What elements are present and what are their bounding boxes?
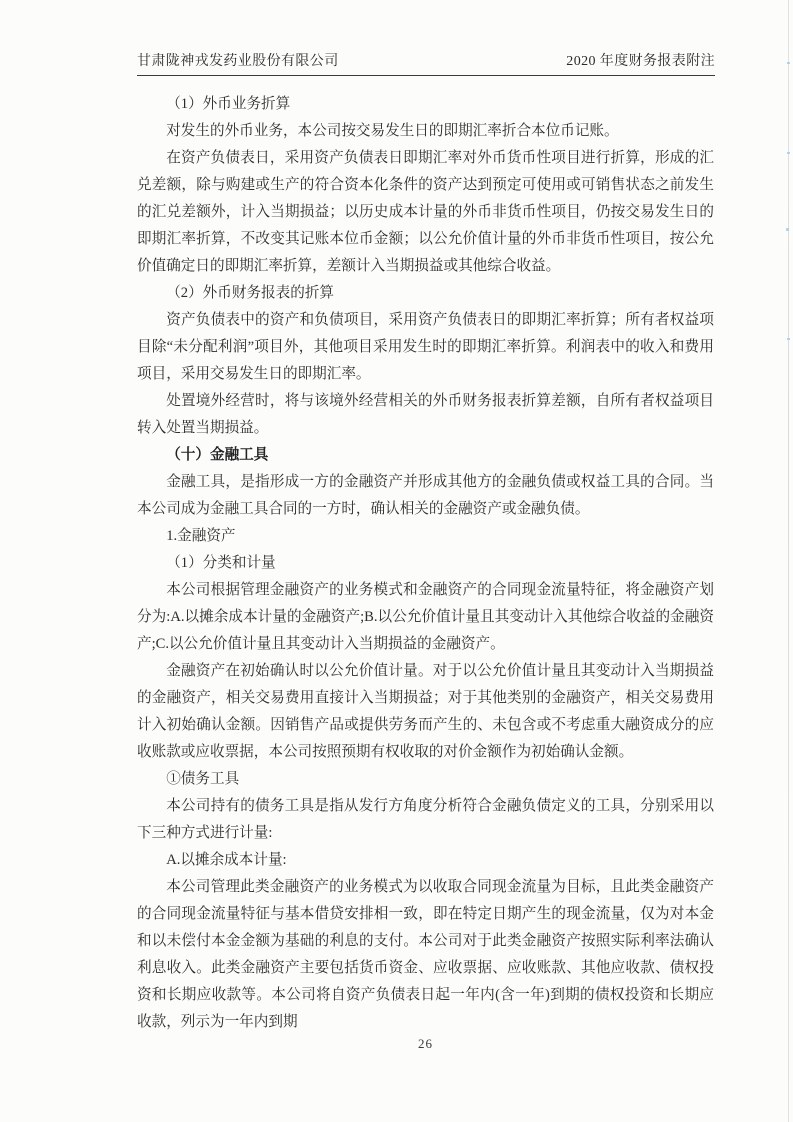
text-paragraph: 在资产负债表日，采用资产负债表日即期汇率对外币货币性项目进行折算，形成的汇兑差额… xyxy=(137,145,714,280)
scan-speck xyxy=(787,152,790,154)
text-paragraph: 金融资产在初始确认时以公允价值计量。对于以公允价值计量且其变动计入当期损益的金融… xyxy=(137,658,714,766)
text-paragraph: 本公司持有的债务工具是指从发行方角度分析符合金融负债定义的工具，分别采用以下三种… xyxy=(137,793,714,847)
sub-heading: （2）外币财务报表的折算 xyxy=(137,280,714,307)
text-paragraph: 对发生的外币业务，本公司按交易发生日的即期汇率折合本位币记账。 xyxy=(137,118,714,145)
text-paragraph: 处置境外经营时，将与该境外经营相关的外币财务报表折算差额，自所有者权益项目转入处… xyxy=(137,388,714,442)
scan-speck xyxy=(786,228,789,231)
scan-edge-artifact xyxy=(788,0,790,1122)
document-page: 甘肃陇神戎发药业股份有限公司 2020 年度财务报表附注 （1）外币业务折算对发… xyxy=(0,0,793,1122)
text-paragraph: 1.金融资产 xyxy=(137,523,714,550)
scan-speck xyxy=(787,62,790,64)
text-paragraph: 本公司根据管理金融资产的业务模式和金融资产的合同现金流量特征，将金融资产划分为:… xyxy=(137,577,714,658)
text-paragraph: ①债务工具 xyxy=(137,766,714,793)
text-paragraph: 本公司管理此类金融资产的业务模式为以收取合同现金流量为目标，且此类金融资产的合同… xyxy=(137,874,714,1036)
scan-speck xyxy=(787,338,790,340)
sub-heading: （1）分类和计量 xyxy=(137,550,714,577)
header-company-name: 甘肃陇神戎发药业股份有限公司 xyxy=(137,50,339,70)
header-doc-title: 2020 年度财务报表附注 xyxy=(566,50,715,70)
page-number: 26 xyxy=(418,1036,433,1051)
sub-heading: （1）外币业务折算 xyxy=(137,91,714,118)
text-paragraph: 资产负债表中的资产和负债项目，采用资产负债表日的即期汇率折算；所有者权益项目除“… xyxy=(137,307,714,388)
text-paragraph: A.以摊余成本计量: xyxy=(137,847,714,874)
text-paragraph: 金融工具，是指形成一方的金融资产并形成其他方的金融负债或权益工具的合同。当本公司… xyxy=(137,469,714,523)
page-header: 甘肃陇神戎发药业股份有限公司 2020 年度财务报表附注 xyxy=(137,50,715,76)
page-footer: 26 xyxy=(137,1036,714,1052)
section-heading: （十）金融工具 xyxy=(137,442,714,469)
document-body: （1）外币业务折算对发生的外币业务，本公司按交易发生日的即期汇率折合本位币记账。… xyxy=(137,91,714,1036)
